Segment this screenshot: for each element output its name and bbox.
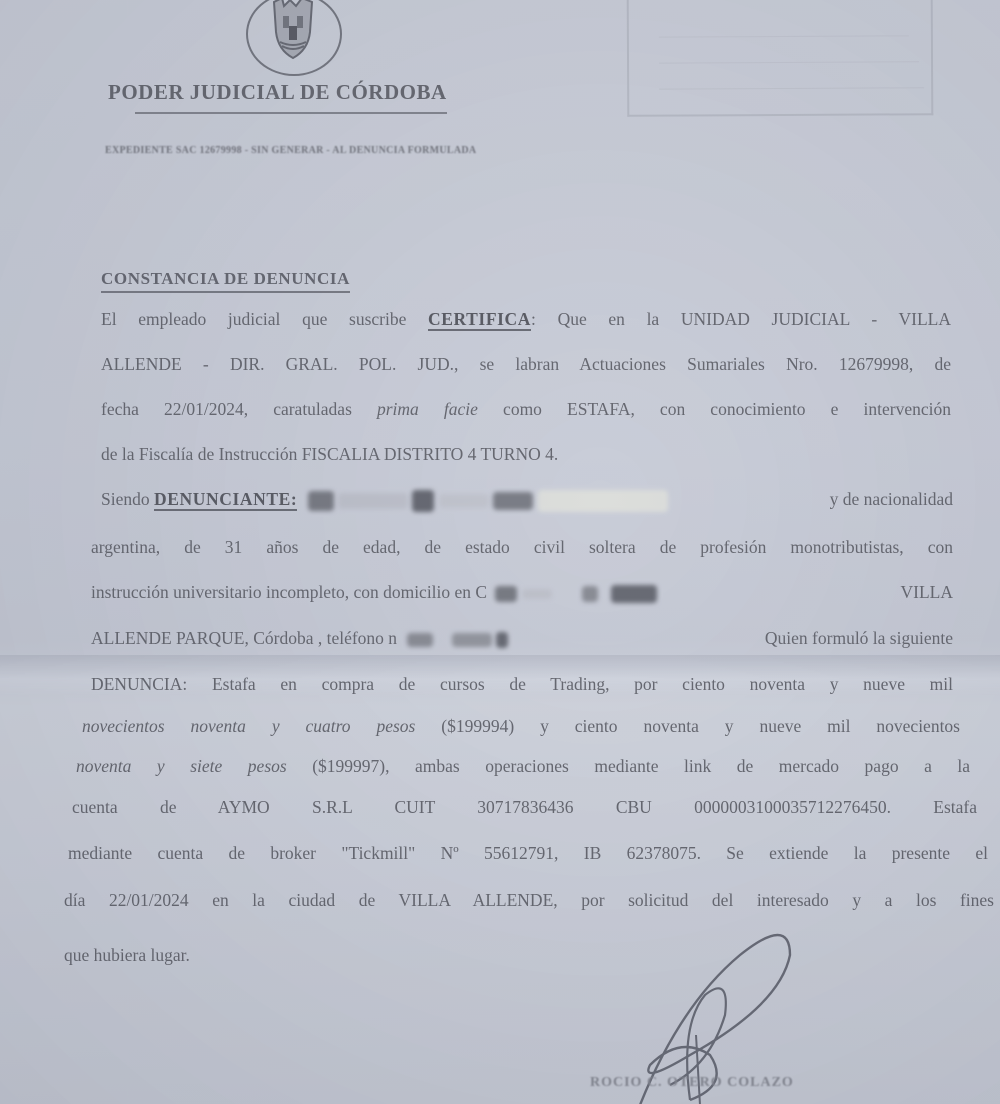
text: ($199994) y ciento noventa y nueve mil n… [441, 716, 960, 736]
text: como ESTAFA, con conocimiento e interven… [503, 399, 951, 419]
redacted-name [412, 490, 434, 512]
header-divider [135, 112, 447, 114]
redacted-address [611, 585, 657, 603]
redacted-name [439, 494, 489, 508]
text: Quien formuló la siguiente [765, 628, 953, 649]
body-line-7: instrucción universitario incompleto, co… [91, 582, 953, 603]
body-line-11: noventa y siete pesos ($199997), ambas o… [76, 756, 970, 777]
redacted-address [582, 586, 598, 602]
body-line-3: fecha 22/01/2024, caratuladas prima faci… [101, 399, 951, 420]
text: VILLA [901, 582, 953, 603]
body-line-4: de la Fiscalía de Instrucción FISCALIA D… [101, 444, 558, 465]
redacted-phone [407, 633, 433, 647]
redacted-name [493, 492, 533, 510]
body-line-12: cuenta de AYMO S.R.L CUIT 30717836436 CB… [72, 797, 977, 818]
denuncia-label: DENUNCIA: [91, 674, 187, 694]
redacted-name [338, 493, 408, 509]
text: : Que en la UNIDAD JUDICIAL - VILLA [531, 309, 951, 329]
body-line-9: DENUNCIA: Estafa en compra de cursos de … [91, 674, 953, 695]
redacted-address [522, 589, 552, 599]
body-line-14: día 22/01/2024 en la ciudad de VILLA ALL… [64, 890, 994, 911]
text: Estafa en compra de cursos de Trading, p… [212, 674, 953, 694]
redacted-name [308, 491, 334, 511]
body-line-5: Siendo DENUNCIANTE: y de nacionalidad [101, 489, 953, 512]
certifica-label: CERTIFICA [428, 309, 531, 331]
redacted-address [495, 586, 517, 602]
redacted-name [538, 490, 668, 512]
body-line-10: novecientos noventa y cuatro pesos ($199… [82, 716, 960, 737]
text: y de nacionalidad [830, 489, 953, 510]
body-line-13: mediante cuenta de broker "Tickmill" Nº … [68, 843, 988, 864]
text-italic: novecientos noventa y cuatro pesos [82, 716, 415, 736]
text-italic: noventa y siete pesos [76, 756, 287, 776]
text: Siendo [101, 489, 150, 509]
stamp-box [627, 0, 934, 117]
body-line-8: ALLENDE PARQUE, Córdoba , teléfono n Qui… [91, 628, 953, 649]
body-line-1: El empleado judicial que suscribe CERTIF… [101, 309, 951, 330]
signatory-name: ROCIO C. OTERO COLAZO [590, 1075, 794, 1091]
expediente-reference: EXPEDIENTE SAC 12679998 - SIN GENERAR - … [105, 145, 476, 156]
body-line-15: que hubiera lugar. [64, 945, 190, 966]
court-name: PODER JUDICIAL DE CÓRDOBA [108, 80, 447, 105]
document-title: CONSTANCIA DE DENUNCIA [101, 269, 350, 293]
text: ALLENDE PARQUE, Córdoba , teléfono n [91, 628, 397, 648]
body-line-6: argentina, de 31 años de edad, de estado… [91, 537, 953, 558]
text: instrucción universitario incompleto, co… [91, 582, 487, 602]
cordoba-seal-icon [246, 0, 342, 76]
denunciante-label: DENUNCIANTE: [154, 489, 297, 511]
redacted-phone [452, 633, 492, 647]
text: fecha 22/01/2024, caratuladas [101, 399, 352, 419]
redacted-phone [496, 632, 508, 648]
text-italic: prima facie [377, 399, 478, 419]
body-line-2: ALLENDE - DIR. GRAL. POL. JUD., se labra… [101, 354, 951, 375]
text: El empleado judicial que suscribe [101, 309, 406, 329]
text: ($199997), ambas operaciones mediante li… [312, 756, 970, 776]
